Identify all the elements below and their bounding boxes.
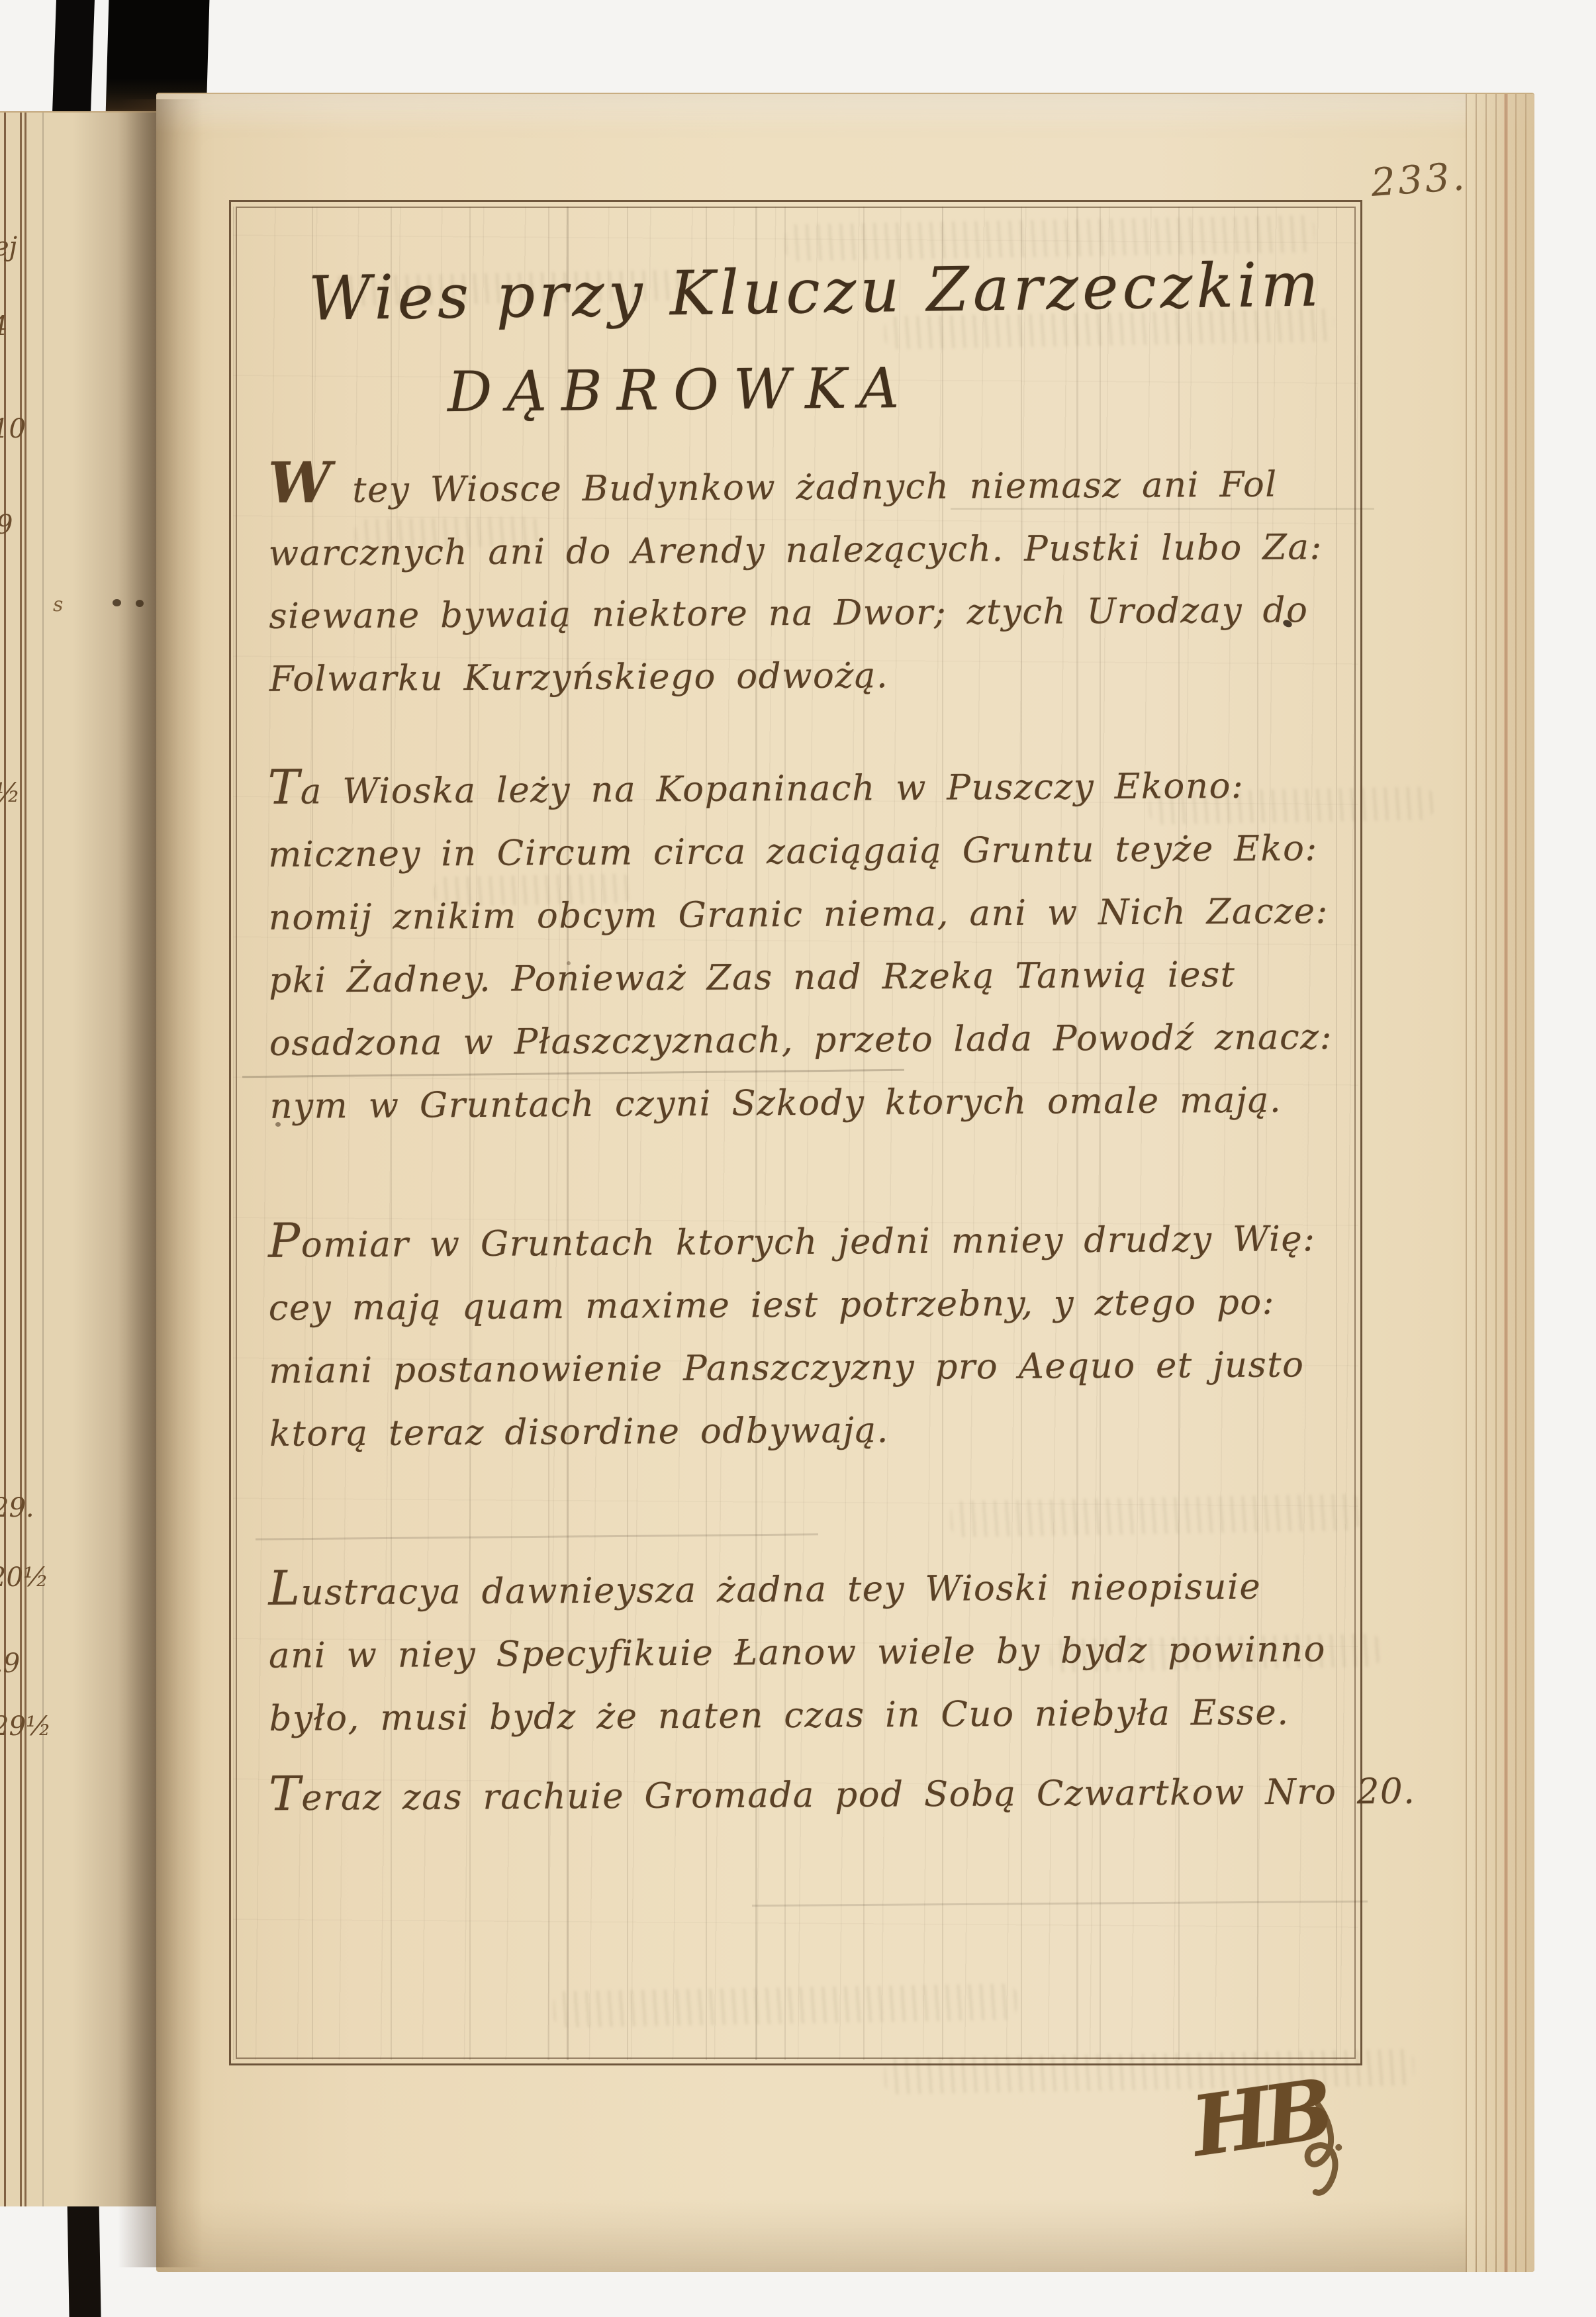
binding-tape-bottom — [67, 2197, 101, 2317]
scribe-monogram: HB — [1186, 2061, 1333, 2176]
prev-page-fragment: ½ — [0, 778, 21, 808]
prev-page-fragment: 10 — [0, 414, 26, 444]
prev-page-fragment: 9 — [0, 510, 13, 540]
binding-tape-top-left — [52, 0, 95, 113]
ink-speck — [567, 961, 571, 965]
text-line: Teraz zas rachuie Gromada pod Sobą Czwar… — [269, 1756, 1416, 1830]
body-paragraphs: W tey Wiosce Budynkow żadnych niemasz an… — [269, 94, 1381, 2272]
manuscript-page: 233. Wies przy Kluczu Zarzeczkim DĄBROWK… — [156, 93, 1534, 2272]
text-line: Folwarku Kurzyńskiego odwożą. — [269, 641, 1324, 711]
text-line: Ta Wioska leży na Kopaninach w Puszczy E… — [267, 749, 1331, 824]
text-line: pki Żadney. Ponieważ Zas nad Rzeką Tanwi… — [269, 943, 1333, 1012]
text-line: nomij znikim obcym Granic niema, ani w N… — [268, 880, 1332, 949]
text-line: osadzona w Płaszczyznach, przeto lada Po… — [269, 1006, 1333, 1075]
prev-page-fragment: ej — [0, 232, 17, 262]
text-line: nym w Gruntach czyni Szkody ktorych omal… — [269, 1068, 1333, 1138]
text-line: ktorą teraz disordine odbywają. — [269, 1396, 1317, 1466]
wormhole — [113, 599, 121, 606]
paragraph: Pomiar w Gruntach ktorych jedni mniey dr… — [268, 1203, 1317, 1466]
prev-page-fragment: 4 — [0, 311, 7, 342]
page-number: 233. — [1370, 154, 1469, 205]
paragraph: Teraz zas rachuie Gromada pod Sobą Czwar… — [269, 1756, 1416, 1830]
paragraph: W tey Wiosce Budynkow żadnych niemasz an… — [268, 445, 1324, 711]
text-line: miani postanowienie Panszczyzny pro Aequ… — [269, 1333, 1317, 1403]
page-edge-tint — [1504, 94, 1508, 2272]
prev-page-fragment: 29. — [0, 1493, 34, 1523]
text-line: siewane bywaią niektore na Dwor; ztych U… — [269, 579, 1323, 648]
paragraph: Lustracya dawnieysza żadna tey Wioski ni… — [268, 1550, 1327, 1750]
text-line: Pomiar w Gruntach ktorych jedni mniey dr… — [268, 1203, 1316, 1277]
text-line: ani w niey Specyfikuie Łanow wiele by by… — [269, 1618, 1327, 1687]
text-line: W tey Wiosce Budynkow żadnych niemasz an… — [268, 445, 1323, 522]
paragraph: Ta Wioska leży na Kopaninach w Puszczy E… — [267, 749, 1333, 1138]
text-line: było, musi bydz że naten czas in Cuo nie… — [269, 1681, 1327, 1750]
text-line: cey mają quam maxime iest potrzebny, y z… — [268, 1270, 1316, 1340]
page-edge-stack — [1466, 94, 1534, 2272]
prev-page-fragment: s — [53, 593, 63, 616]
text-line: miczney in Circum circa zaciągaią Gruntu… — [268, 817, 1332, 886]
text-line: Lustracya dawnieysza żadna tey Wioski ni… — [268, 1550, 1326, 1625]
facing-page-edge: ej4109s½29.20½.929½ — [0, 111, 159, 2206]
prev-page-fragment: 20½ — [0, 1562, 49, 1593]
prev-page-fragment: .9 — [0, 1648, 20, 1679]
text-line: warcznych ani do Arendy nalezących. Pust… — [268, 516, 1323, 585]
manuscript-scan: ej4109s½29.20½.929½ 233. Wies przy Klucz… — [0, 0, 1596, 2317]
prev-page-fragment: 29½ — [0, 1711, 52, 1742]
ink-speck — [275, 1122, 281, 1127]
wormhole — [136, 600, 144, 607]
